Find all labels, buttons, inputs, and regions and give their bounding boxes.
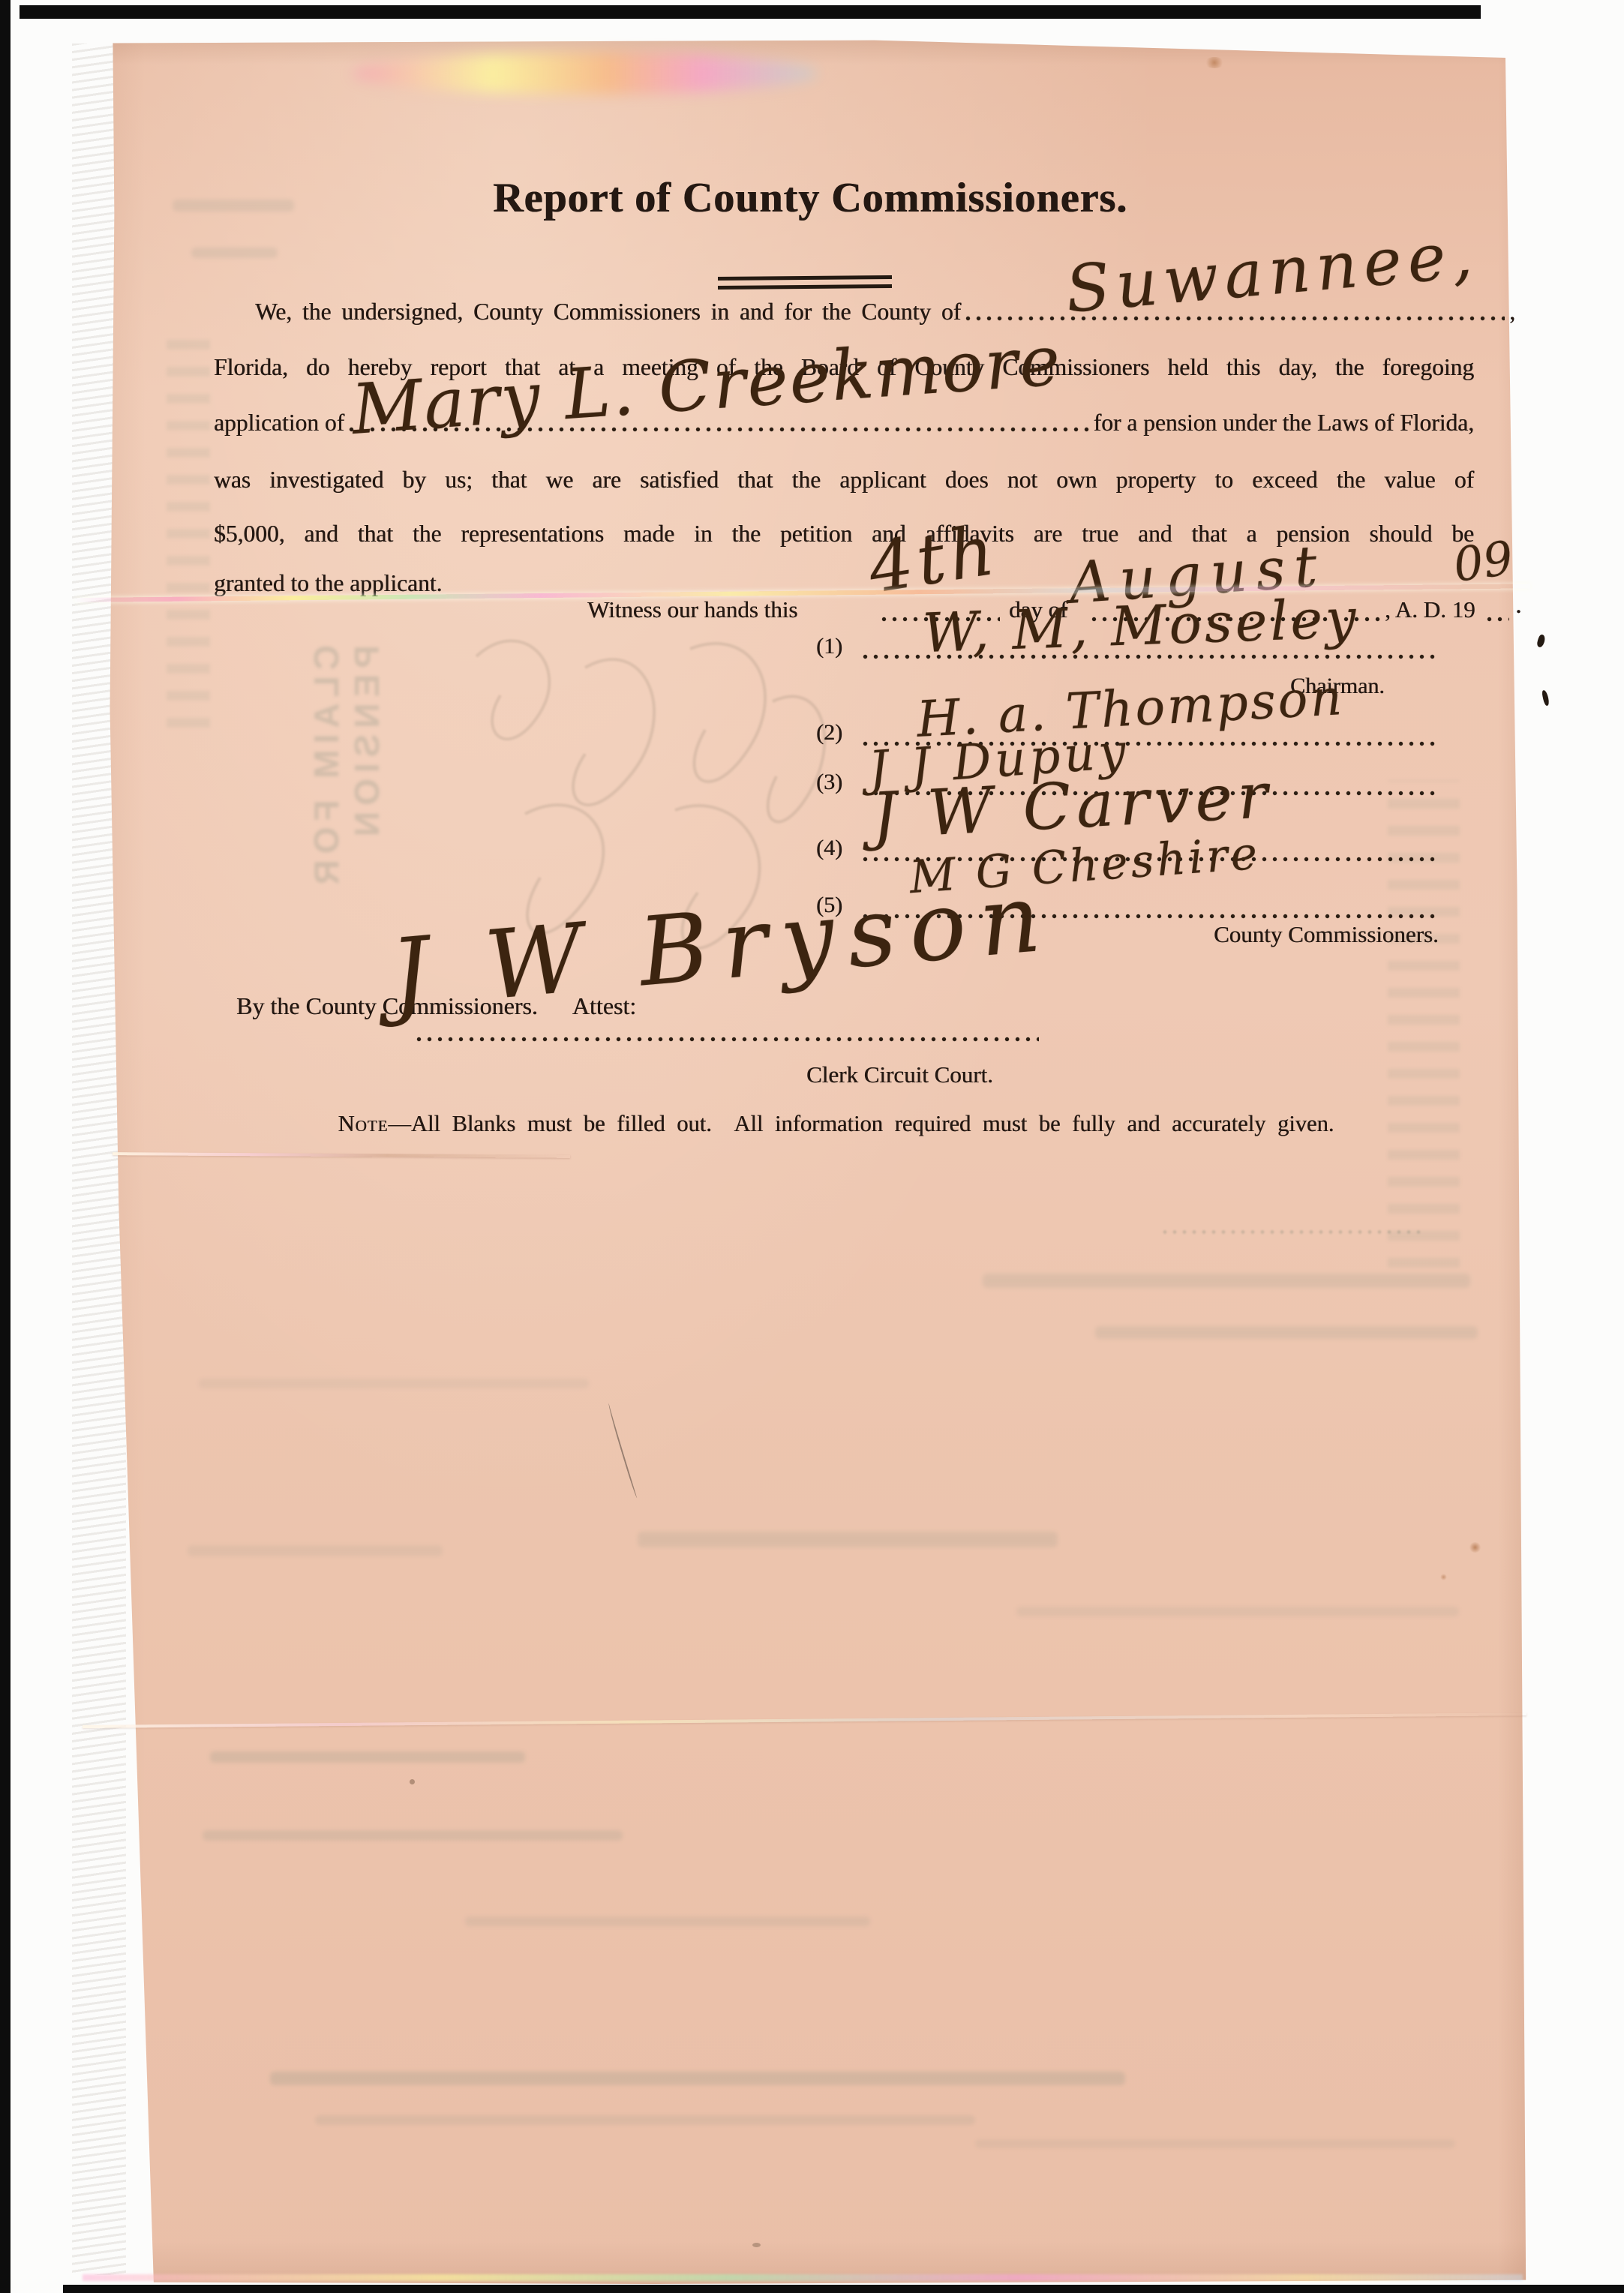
ghost-text-bar [210,1751,525,1763]
paragraph-line-4: was investigated by us; that we are sati… [214,467,1474,494]
ghost-band-right [1388,780,1460,1268]
signature-number-3: (3) [816,770,842,795]
ghost-text-bar [1016,1607,1459,1616]
ghost-text-bar [638,1532,1058,1547]
ghost-text-bar [199,1379,589,1388]
ink-fleck [1541,690,1550,707]
signatures-caption: County Commissioners. [1214,921,1439,948]
signature-name-1: W, M, Moseley [922,591,1360,660]
scanner-edge-bottom [63,2285,1624,2293]
witness-line-post: , A. D. 19 [1385,596,1475,623]
stain-spot [752,2243,761,2247]
ink-fleck [1536,634,1547,648]
handwritten-year: 09 [1451,535,1516,589]
witness-line-end: . [1515,591,1522,620]
line3-text-pre: application of [214,410,344,437]
ghost-text-bar [173,200,294,212]
note-line: Note—All Blanks must be filled out. All … [291,1085,1334,1163]
ghost-dotted-line [1163,1230,1425,1234]
stain-spot [1469,1542,1481,1553]
ghost-text-bar [270,2072,1125,2085]
scan-glare-streak [353,53,818,95]
line1-text: We, the undersigned, County Commissioner… [255,299,961,326]
line3-text-post: for a pension under the Laws of Florida, [1094,410,1474,437]
ghost-text-bar [191,248,278,258]
blank-year-dotted-line [1487,617,1509,622]
clerk-signature-line [416,1037,1039,1042]
ghost-text-bar [1095,1326,1478,1339]
scanner-edge-top [20,5,1481,19]
ghost-text-bar [315,2115,975,2125]
signature-number-2: (2) [816,720,842,746]
ghost-text-bar [203,1830,623,1841]
paper-bottom-edge-glare [83,2274,1523,2281]
scanner-edge-left [0,0,11,2293]
line1-comma: , [1509,299,1515,326]
signature-number-1: (1) [816,634,842,659]
blank-county-dotted-line [965,316,1505,321]
ghost-text-bar [975,2139,1455,2148]
document-title: Report of County Commissioners. [300,174,1320,222]
ghost-text-bar [188,1545,443,1556]
witness-line-pre: Witness our hands this [587,596,797,623]
scanned-document-page: CLAIM FOR PENSION Report of County Commi… [0,0,1624,2293]
stain-spot [410,1779,415,1784]
signature-number-4: (4) [816,836,842,861]
stain-spot [1204,57,1225,68]
ghost-text-bar [465,1916,870,1926]
paragraph-line-6: granted to the applicant. [214,570,442,597]
ghost-band-left [167,323,210,728]
note-text: —All Blanks must be filled out. All info… [388,1111,1334,1136]
ghost-text-bar [983,1274,1470,1288]
stain-spot [1440,1574,1447,1580]
note-label: Note [338,1111,389,1136]
